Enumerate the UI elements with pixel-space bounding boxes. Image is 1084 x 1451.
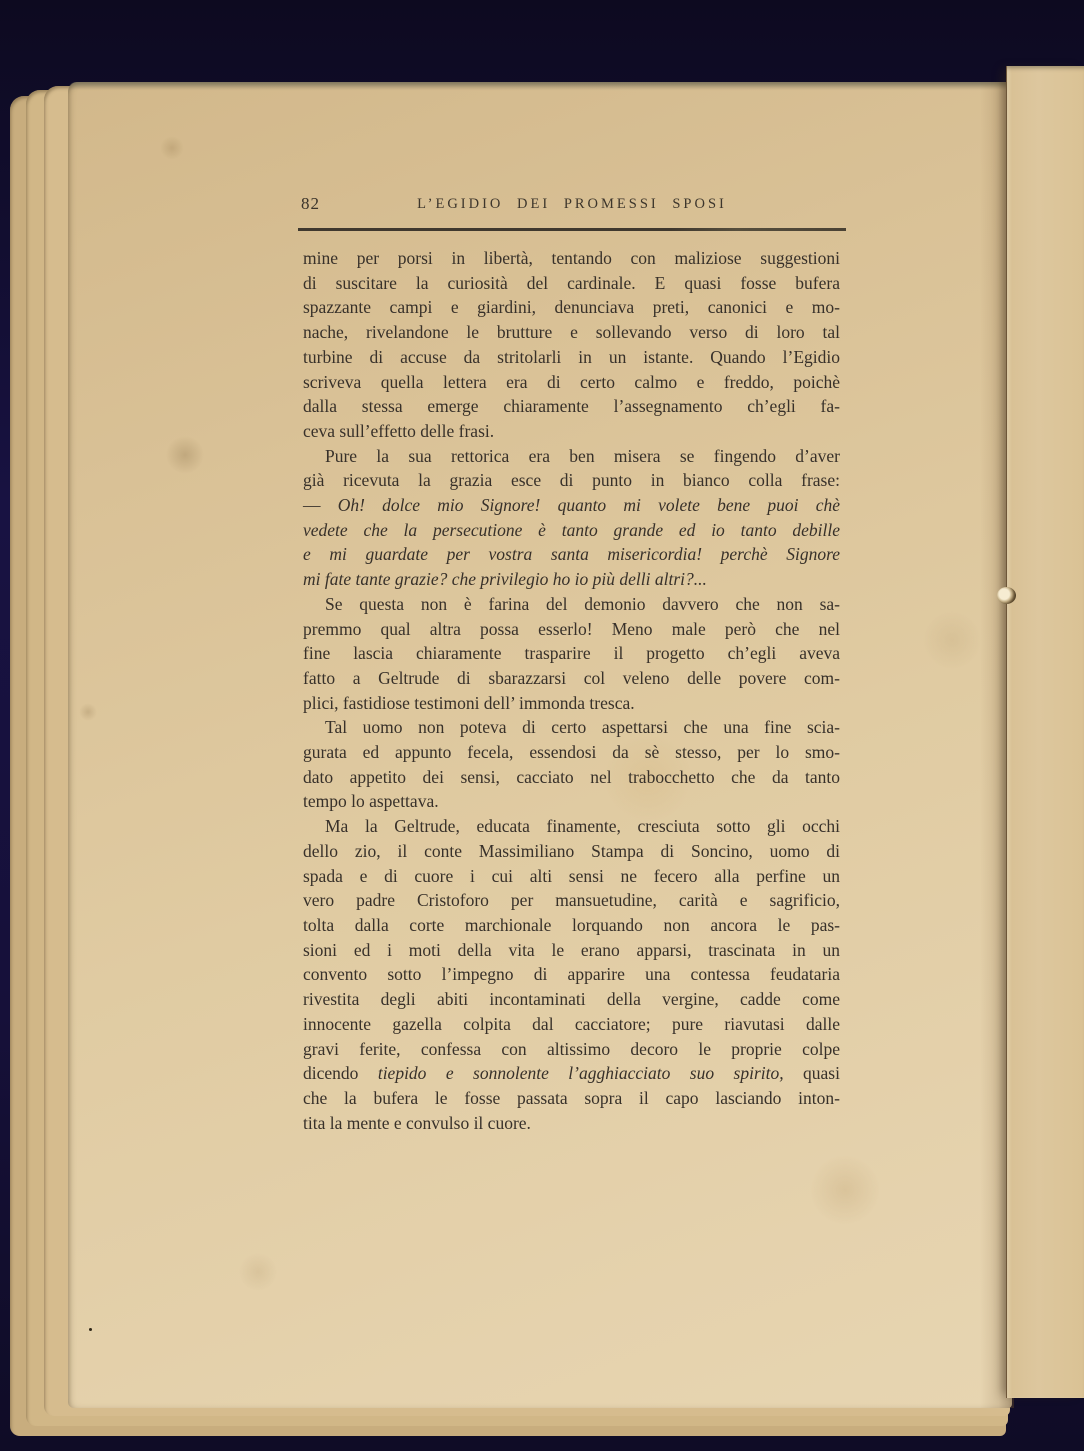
text-line: vedete che la persecutione è tanto grand…: [303, 518, 840, 543]
text-line: tempo lo aspettava.: [303, 789, 840, 814]
body-text: plici, fastidiose testimoni dell’ immond…: [303, 693, 635, 713]
text-block: 82 L’EGIDIO DEI PROMESSI SPOSI mine per …: [301, 192, 843, 218]
body-text: spada e di cuore i cui alti sensi ne fec…: [303, 866, 840, 886]
page-number: 82: [301, 194, 320, 214]
facing-page-edge: [1006, 66, 1084, 1398]
paper-speck: [89, 1328, 92, 1331]
text-line: sioni ed i moti della vita le erano appa…: [303, 938, 840, 963]
body-text: nache, rivelandone le brutture e solleva…: [303, 322, 840, 342]
text-line: — Oh! dolce mio Signore! quanto mi volet…: [303, 493, 840, 518]
page-body: mine per porsi in libertà, tentando con …: [303, 246, 840, 1135]
text-line: dello zio, il conte Massimiliano Stampa …: [303, 839, 840, 864]
quote-italic-text: vedete che la persecutione è tanto grand…: [303, 520, 840, 540]
body-text: convento sotto l’impegno di apparire una…: [303, 964, 840, 984]
body-text: gurata ed appunto fecela, essendosi da s…: [303, 742, 840, 762]
text-line: Tal uomo non poteva di certo aspettarsi …: [303, 715, 840, 740]
body-text: Ma la Geltrude, educata finamente, cresc…: [325, 816, 840, 836]
text-line: vero padre Cristoforo per mansuetudine, …: [303, 888, 840, 913]
body-text: quasi: [784, 1063, 840, 1083]
text-line: tita la mente e convulso il cuore.: [303, 1111, 840, 1136]
text-line: convento sotto l’impegno di apparire una…: [303, 962, 840, 987]
text-line: innocente gazella colpita dal cacciatore…: [303, 1012, 840, 1037]
text-line: gurata ed appunto fecela, essendosi da s…: [303, 740, 840, 765]
quote-italic-text: e mi guardate per vostra santa misericor…: [303, 544, 840, 564]
body-text: gravi ferite, confessa con altissimo dec…: [303, 1039, 840, 1059]
body-text: fine lascia chiaramente trasparire il pr…: [303, 643, 840, 663]
text-line: spazzante campi e giardini, denunciava p…: [303, 295, 840, 320]
body-text: fatto a Geltrude di sbarazzarsi col vele…: [303, 668, 840, 688]
text-line: scriveva quella lettera era di certo cal…: [303, 370, 840, 395]
body-text: Pure la sua rettorica era ben misera se …: [325, 446, 840, 466]
body-text: scriveva quella lettera era di certo cal…: [303, 372, 840, 392]
body-text: premmo qual altra possa esserlo! Meno ma…: [303, 619, 840, 639]
body-text: ceva sull’effetto delle frasi.: [303, 421, 494, 441]
page-header: 82 L’EGIDIO DEI PROMESSI SPOSI: [301, 192, 843, 218]
body-text: Se questa non è farina del demonio davve…: [325, 594, 840, 614]
body-text: che la bufera le fosse passata sopra il …: [303, 1088, 840, 1108]
body-text: tolta dalla corte marchionale lorquando …: [303, 915, 840, 935]
body-text: —: [303, 495, 338, 515]
body-text: Tal uomo non poteva di certo aspettarsi …: [325, 717, 840, 737]
text-line: fine lascia chiaramente trasparire il pr…: [303, 641, 840, 666]
quote-italic-text: Oh! dolce mio Signore! quanto mi volete …: [338, 495, 840, 515]
body-text: turbine di accuse da stritolarli in un i…: [303, 347, 840, 367]
text-line: e mi guardate per vostra santa misericor…: [303, 542, 840, 567]
body-text: dato appetito dei sensi, cacciato nel tr…: [303, 767, 840, 787]
text-line: dato appetito dei sensi, cacciato nel tr…: [303, 765, 840, 790]
text-line: gravi ferite, confessa con altissimo dec…: [303, 1037, 840, 1062]
text-line: dalla stessa emerge chiaramente l’assegn…: [303, 394, 840, 419]
header-rule: [298, 228, 846, 231]
text-line: mine per porsi in libertà, tentando con …: [303, 246, 840, 271]
text-line: tolta dalla corte marchionale lorquando …: [303, 913, 840, 938]
body-text: dicendo: [303, 1063, 378, 1083]
text-line: già ricevuta la grazia esce di punto in …: [303, 468, 840, 493]
body-text: già ricevuta la grazia esce di punto in …: [303, 470, 840, 490]
text-line: premmo qual altra possa esserlo! Meno ma…: [303, 617, 840, 642]
body-text: innocente gazella colpita dal cacciatore…: [303, 1014, 840, 1034]
running-header: L’EGIDIO DEI PROMESSI SPOSI: [301, 192, 843, 213]
quote-italic-text: tiepido e sonnolente l’agghiacciato suo …: [378, 1063, 784, 1083]
body-text: di suscitare la curiosità del cardinale.…: [303, 273, 840, 293]
body-text: dalla stessa emerge chiaramente l’assegn…: [303, 396, 840, 416]
body-text: tempo lo aspettava.: [303, 791, 439, 811]
text-line: plici, fastidiose testimoni dell’ immond…: [303, 691, 840, 716]
text-line: rivestita degli abiti incontaminati dell…: [303, 987, 840, 1012]
binding-hole: [997, 587, 1016, 604]
quote-italic-text: mi fate tante grazie? che privilegio ho …: [303, 569, 707, 589]
text-line: turbine di accuse da stritolarli in un i…: [303, 345, 840, 370]
text-line: fatto a Geltrude di sbarazzarsi col vele…: [303, 666, 840, 691]
body-text: dello zio, il conte Massimiliano Stampa …: [303, 841, 840, 861]
text-line: Ma la Geltrude, educata finamente, cresc…: [303, 814, 840, 839]
body-text: tita la mente e convulso il cuore.: [303, 1113, 531, 1133]
text-line: spada e di cuore i cui alti sensi ne fec…: [303, 864, 840, 889]
text-line: Pure la sua rettorica era ben misera se …: [303, 444, 840, 469]
body-text: mine per porsi in libertà, tentando con …: [303, 248, 840, 268]
text-line: che la bufera le fosse passata sopra il …: [303, 1086, 840, 1111]
text-line: di suscitare la curiosità del cardinale.…: [303, 271, 840, 296]
scanned-book-photo: { "colors": { "paper": "#ddc79d", "ink":…: [0, 0, 1084, 1451]
text-line: Se questa non è farina del demonio davve…: [303, 592, 840, 617]
text-line: mi fate tante grazie? che privilegio ho …: [303, 567, 840, 592]
book-page: 82 L’EGIDIO DEI PROMESSI SPOSI mine per …: [68, 82, 1012, 1408]
body-text: rivestita degli abiti incontaminati dell…: [303, 989, 840, 1009]
text-line: dicendo tiepido e sonnolente l’agghiacci…: [303, 1061, 840, 1086]
body-text: vero padre Cristoforo per mansuetudine, …: [303, 890, 840, 910]
body-text: sioni ed i moti della vita le erano appa…: [303, 940, 840, 960]
body-text: spazzante campi e giardini, denunciava p…: [303, 297, 840, 317]
text-line: ceva sull’effetto delle frasi.: [303, 419, 840, 444]
text-line: nache, rivelandone le brutture e solleva…: [303, 320, 840, 345]
